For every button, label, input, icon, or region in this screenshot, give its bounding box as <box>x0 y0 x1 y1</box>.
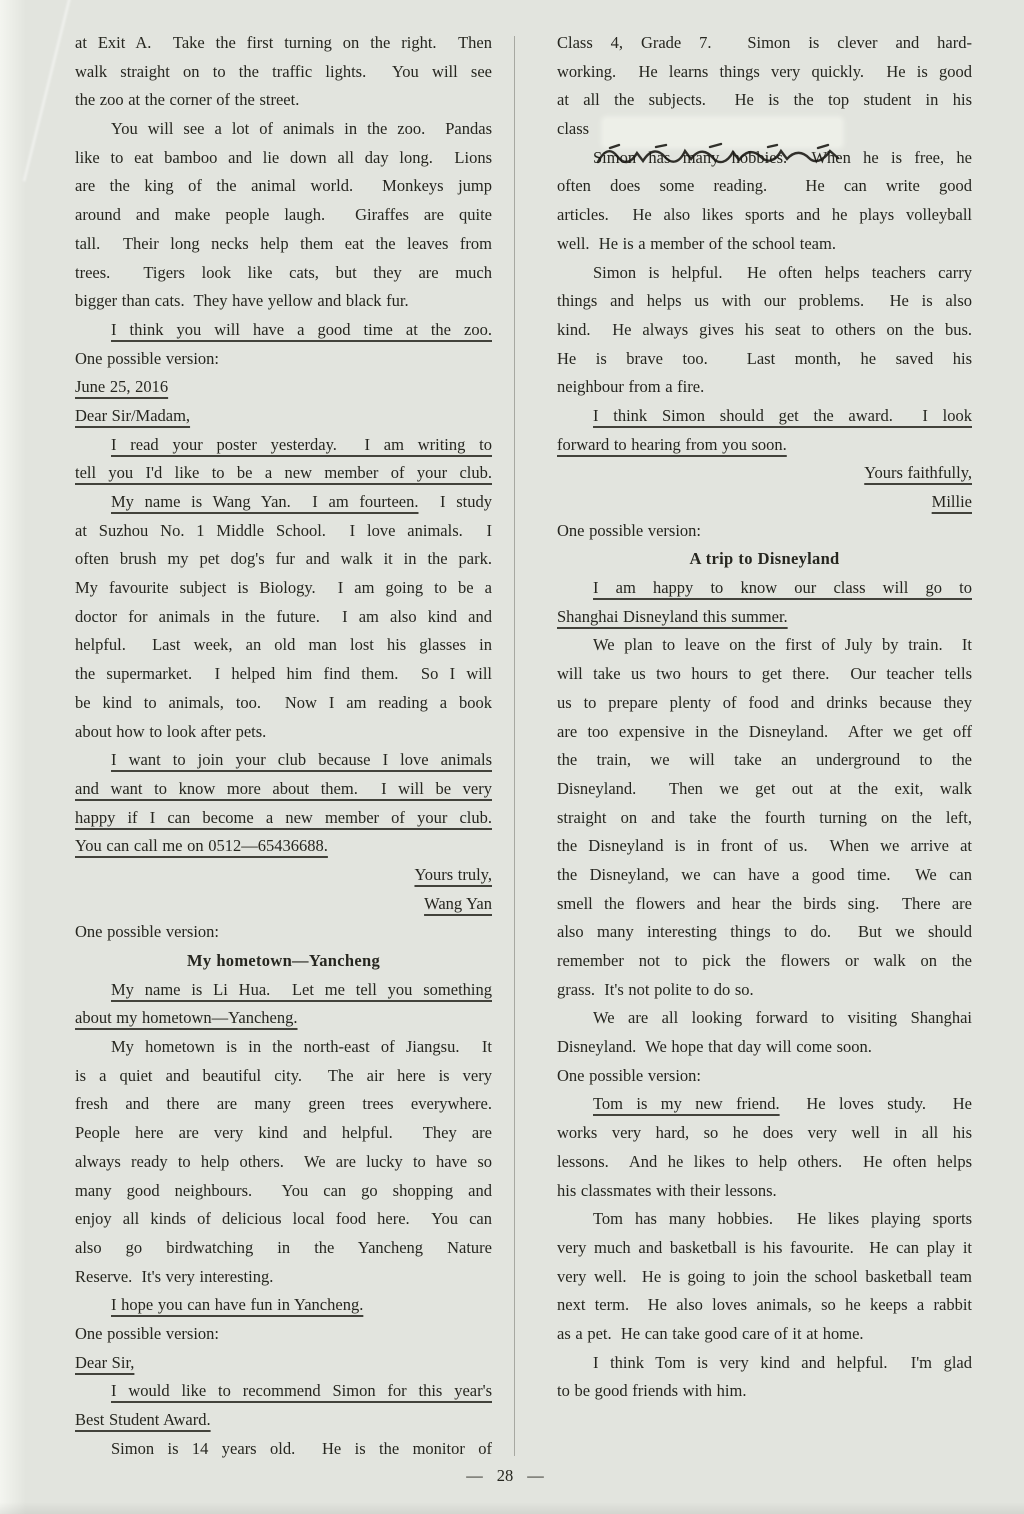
text-line: also go birdwatching in the Yancheng Nat… <box>75 1234 492 1263</box>
text-segment: many good neighbours. You can go shoppin… <box>75 1181 492 1200</box>
text-segment: Disneyland. Then we get out at the exit,… <box>557 779 972 798</box>
underlined-answer-text: My name is Wang Yan. I am fourteen. <box>111 492 419 511</box>
text-line: My hometown is in the north-east of Jian… <box>75 1033 492 1062</box>
text-line: at Suzhou No. 1 Middle School. I love an… <box>75 517 492 546</box>
text-line: be kind to animals, too. Now I am readin… <box>75 689 492 718</box>
text-line: He is brave too. Last month, he saved hi… <box>557 345 972 374</box>
underlined-answer-text: Yours truly, <box>414 865 492 884</box>
text-segment: class <box>557 119 589 138</box>
underlined-answer-text: I am happy to know our class will go to <box>593 578 972 597</box>
text-segment: as a pet. He can take good care of it at… <box>557 1324 864 1343</box>
underlined-answer-text: My name is Li Hua. Let me tell you somet… <box>111 980 492 999</box>
text-segment: very much and basketball is his favourit… <box>557 1238 972 1257</box>
text-line: at all the subjects. He is the top stude… <box>557 86 972 115</box>
text-segment: walk straight on to the traffic lights. … <box>75 62 492 81</box>
text-segment: at all the subjects. He is the top stude… <box>557 90 972 109</box>
text-segment: My hometown is in the north-east of Jian… <box>111 1037 492 1056</box>
text-segment: One possible version: <box>557 1066 701 1085</box>
text-line: happy if I can become a new member of yo… <box>75 804 492 833</box>
underlined-answer-text: I hope you can have fun in Yancheng. <box>111 1295 363 1314</box>
text-line: You can call me on 0512—65436688. <box>75 832 492 861</box>
text-line: We plan to leave on the first of July by… <box>557 631 972 660</box>
underlined-answer-text: happy if I can become a new member of yo… <box>75 808 492 827</box>
text-segment: the train, we will take an underground t… <box>557 750 972 769</box>
text-line: enjoy all kinds of delicious local food … <box>75 1205 492 1234</box>
column-divider-rule <box>514 36 515 1456</box>
text-line: around and make people laugh. Giraffes a… <box>75 201 492 230</box>
text-line: articles. He also likes sports and he pl… <box>557 201 972 230</box>
text-segment: One possible version: <box>557 521 701 540</box>
text-segment: grass. It's not polite to do so. <box>557 980 754 999</box>
text-segment: are too expensive in the Disneyland. Aft… <box>557 722 972 741</box>
text-line: You will see a lot of animals in the zoo… <box>75 115 492 144</box>
text-line: smell the flowers and hear the birds sin… <box>557 890 972 919</box>
text-segment: Simon is helpful. He often helps teacher… <box>593 263 972 282</box>
text-line: I think you will have a good time at the… <box>75 316 492 345</box>
text-segment: will take us two hours to get there. Our… <box>557 664 972 683</box>
text-line: I would like to recommend Simon for this… <box>75 1377 492 1406</box>
text-segment: is a quiet and beautiful city. The air h… <box>75 1066 492 1085</box>
text-segment: tall. Their long necks help them eat the… <box>75 234 492 253</box>
text-segment: straight on and take the fourth turning … <box>557 808 972 827</box>
text-line: his classmates with their lessons. <box>557 1177 972 1206</box>
text-segment: Reserve. It's very interesting. <box>75 1267 273 1286</box>
text-segment: We are all looking forward to visiting S… <box>593 1008 972 1027</box>
text-segment: also many interesting things to do. But … <box>557 922 972 941</box>
text-line: fresh and there are many green trees eve… <box>75 1090 492 1119</box>
underlined-answer-text: tell you I'd like to be a new member of … <box>75 463 492 482</box>
underlined-answer-text: Yours faithfully, <box>864 463 972 482</box>
text-line: the Disneyland, we can have a good time.… <box>557 861 972 890</box>
underlined-answer-text: I would like to recommend Simon for this… <box>111 1381 492 1400</box>
footer-dash-left: — <box>466 1466 483 1485</box>
text-line: Simon is helpful. He often helps teacher… <box>557 259 972 288</box>
text-segment: kind. He always gives his seat to others… <box>557 320 972 339</box>
text-line: the train, we will take an underground t… <box>557 746 972 775</box>
text-line: very much and basketball is his favourit… <box>557 1234 972 1263</box>
text-segment: One possible version: <box>75 1324 219 1343</box>
text-line: I think Tom is very kind and helpful. I'… <box>557 1349 972 1378</box>
text-segment: the Disneyland, we can have a good time.… <box>557 865 972 884</box>
pen-scribble-marks <box>592 141 856 173</box>
text-line: is a quiet and beautiful city. The air h… <box>75 1062 492 1091</box>
essay-title: A trip to Disneyland <box>557 545 972 574</box>
text-line: neighbour from a fire. <box>557 373 972 402</box>
text-line: grass. It's not polite to do so. <box>557 976 972 1005</box>
text-line: Class 4, Grade 7. Simon is clever and ha… <box>557 29 972 58</box>
footer-dash-right: — <box>527 1466 544 1485</box>
left-column: at Exit A. Take the first turning on the… <box>75 29 492 1463</box>
text-line: the supermarket. I helped him find them.… <box>75 660 492 689</box>
right-column: Class 4, Grade 7. Simon is clever and ha… <box>557 29 972 1406</box>
text-line: My name is Wang Yan. I am fourteen. I st… <box>75 488 492 517</box>
text-line: works very hard, so he does very well in… <box>557 1119 972 1148</box>
text-line: Tom is my new friend. He loves study. He <box>557 1090 972 1119</box>
text-line: at Exit A. Take the first turning on the… <box>75 29 492 58</box>
text-line: will take us two hours to get there. Our… <box>557 660 972 689</box>
text-line: Best Student Award. <box>75 1406 492 1435</box>
underlined-answer-text: Dear Sir, <box>75 1353 134 1372</box>
text-line: the Disneyland is in front of us. When w… <box>557 832 972 861</box>
text-line: Shanghai Disneyland this summer. <box>557 603 972 632</box>
text-segment: bigger than cats. They have yellow and b… <box>75 291 409 310</box>
text-line: working. He learns things very quickly. … <box>557 58 972 87</box>
text-line: I am happy to know our class will go to <box>557 574 972 603</box>
underlined-answer-text: I think you will have a good time at the… <box>111 320 492 339</box>
text-line: and want to know more about them. I will… <box>75 775 492 804</box>
text-line: helpful. Last week, an old man lost his … <box>75 631 492 660</box>
text-segment: My hometown—Yancheng <box>187 951 380 970</box>
text-segment: works very hard, so he does very well in… <box>557 1123 972 1142</box>
text-line: many good neighbours. You can go shoppin… <box>75 1177 492 1206</box>
scanned-answer-page: at Exit A. Take the first turning on the… <box>0 0 1024 1514</box>
text-segment: I think Tom is very kind and helpful. I'… <box>593 1353 972 1372</box>
section-heading-line: F.One possible version: <box>557 1062 972 1091</box>
text-segment: around and make people laugh. Giraffes a… <box>75 205 492 224</box>
text-line: Dear Sir/Madam, <box>75 402 492 431</box>
underlined-answer-text: Millie <box>932 492 972 511</box>
text-segment: Simon is 14 years old. He is the monitor… <box>111 1439 492 1458</box>
text-segment: doctor for animals in the future. I am a… <box>75 607 492 626</box>
text-segment: the supermarket. I helped him find them.… <box>75 664 492 683</box>
text-line: Disneyland. Then we get out at the exit,… <box>557 775 972 804</box>
text-segment: things and helps us with our problems. H… <box>557 291 972 310</box>
text-line: trees. Tigers look like cats, but they a… <box>75 259 492 288</box>
page-number: 28 <box>497 1466 514 1485</box>
text-segment: the zoo at the corner of the street. <box>75 90 299 109</box>
text-segment: neighbour from a fire. <box>557 377 704 396</box>
text-line: very well. He is going to join the schoo… <box>557 1263 972 1292</box>
underlined-answer-text: about my hometown—Yancheng. <box>75 1008 298 1027</box>
text-line: My name is Li Hua. Let me tell you somet… <box>75 976 492 1005</box>
text-line: about my hometown—Yancheng. <box>75 1004 492 1033</box>
text-segment: his classmates with their lessons. <box>557 1181 777 1200</box>
underlined-answer-text: Dear Sir/Madam, <box>75 406 190 425</box>
page-edge-highlight <box>0 0 26 1514</box>
text-segment: I study <box>419 492 493 511</box>
text-segment: He loves study. He <box>780 1094 972 1113</box>
text-line: I want to join your club because I love … <box>75 746 492 775</box>
text-segment: like to eat bamboo and lie down all day … <box>75 148 492 167</box>
text-segment: smell the flowers and hear the birds sin… <box>557 894 972 913</box>
text-line: Simon is 14 years old. He is the monitor… <box>75 1435 492 1464</box>
text-line: tall. Their long necks help them eat the… <box>75 230 492 259</box>
text-line: Wang Yan <box>75 890 492 919</box>
text-line: next term. He also loves animals, so he … <box>557 1291 972 1320</box>
text-line: I think Simon should get the award. I lo… <box>557 402 972 431</box>
text-line: Dear Sir, <box>75 1349 492 1378</box>
underlined-answer-text: Best Student Award. <box>75 1410 211 1429</box>
text-line: are the king of the animal world. Monkey… <box>75 172 492 201</box>
text-line: Disneyland. We hope that day will come s… <box>557 1033 972 1062</box>
underlined-answer-text: Wang Yan <box>424 894 492 913</box>
text-line: forward to hearing from you soon. <box>557 431 972 460</box>
text-segment: at Suzhou No. 1 Middle School. I love an… <box>75 521 492 540</box>
text-line: walk straight on to the traffic lights. … <box>75 58 492 87</box>
text-line: often brush my pet dog's fur and walk it… <box>75 545 492 574</box>
underlined-answer-text: Tom is my new friend. <box>593 1094 780 1113</box>
text-segment: My favourite subject is Biology. I am go… <box>75 578 492 597</box>
text-segment: fresh and there are many green trees eve… <box>75 1094 492 1113</box>
text-segment: always ready to help others. We are luck… <box>75 1152 492 1171</box>
section-heading-line: D.One possible version: <box>75 1320 492 1349</box>
text-line: lessons. And he likes to help others. He… <box>557 1148 972 1177</box>
text-segment: next term. He also loves animals, so he … <box>557 1295 972 1314</box>
text-segment: are the king of the animal world. Monkey… <box>75 176 492 195</box>
text-line: Tom has many hobbies. He likes playing s… <box>557 1205 972 1234</box>
text-line: doctor for animals in the future. I am a… <box>75 603 492 632</box>
text-segment: articles. He also likes sports and he pl… <box>557 205 972 224</box>
text-line: are too expensive in the Disneyland. Aft… <box>557 718 972 747</box>
text-segment: well. He is a member of the school team. <box>557 234 836 253</box>
text-line: People here are very kind and helpful. T… <box>75 1119 492 1148</box>
text-line: often does some reading. He can write go… <box>557 172 972 201</box>
text-line: always ready to help others. We are luck… <box>75 1148 492 1177</box>
section-heading-line: C.One possible version: <box>75 918 492 947</box>
paper-crease <box>23 0 71 181</box>
text-segment: us to prepare plenty of food and drinks … <box>557 693 972 712</box>
section-heading-line: E.One possible version: <box>557 517 972 546</box>
text-segment: about how to look after pets. <box>75 722 266 741</box>
text-segment: Tom has many hobbies. He likes playing s… <box>593 1209 972 1228</box>
text-segment: often brush my pet dog's fur and walk it… <box>75 549 492 568</box>
text-line: well. He is a member of the school team. <box>557 230 972 259</box>
underlined-answer-text: I think Simon should get the award. I lo… <box>593 406 972 425</box>
text-line: as a pet. He can take good care of it at… <box>557 1320 972 1349</box>
text-segment: One possible version: <box>75 349 219 368</box>
text-line: us to prepare plenty of food and drinks … <box>557 689 972 718</box>
text-line: I hope you can have fun in Yancheng. <box>75 1291 492 1320</box>
underlined-answer-text: forward to hearing from you soon. <box>557 435 787 454</box>
text-segment: One possible version: <box>75 922 219 941</box>
text-segment: at Exit A. Take the first turning on the… <box>75 33 492 52</box>
text-line: Millie <box>557 488 972 517</box>
text-line: like to eat bamboo and lie down all day … <box>75 144 492 173</box>
text-segment: the Disneyland is in front of us. When w… <box>557 836 972 855</box>
text-line: remember not to pick the flowers or walk… <box>557 947 972 976</box>
text-segment: be kind to animals, too. Now I am readin… <box>75 693 492 712</box>
text-segment: A trip to Disneyland <box>689 549 839 568</box>
text-segment: remember not to pick the flowers or walk… <box>557 951 972 970</box>
text-segment: very well. He is going to join the schoo… <box>557 1267 972 1286</box>
text-segment: helpful. Last week, an old man lost his … <box>75 635 492 654</box>
text-segment: Class 4, Grade 7. Simon is clever and ha… <box>557 33 972 52</box>
text-segment: We plan to leave on the first of July by… <box>593 635 972 654</box>
underlined-answer-text: You can call me on 0512—65436688. <box>75 836 328 855</box>
text-line: Reserve. It's very interesting. <box>75 1263 492 1292</box>
underlined-answer-text: June 25, 2016 <box>75 377 168 396</box>
text-segment: You will see a lot of animals in the zoo… <box>111 119 492 138</box>
text-segment: working. He learns things very quickly. … <box>557 62 972 81</box>
text-segment: to be good friends with him. <box>557 1381 746 1400</box>
section-heading-line: B.One possible version: <box>75 345 492 374</box>
text-line: I read your poster yesterday. I am writi… <box>75 431 492 460</box>
page-footer: —28— <box>0 1462 1010 1490</box>
text-line: things and helps us with our problems. H… <box>557 287 972 316</box>
text-line: Yours truly, <box>75 861 492 890</box>
text-line: also many interesting things to do. But … <box>557 918 972 947</box>
page-bottom-shadow <box>0 1502 1024 1514</box>
underlined-answer-text: and want to know more about them. I will… <box>75 779 492 798</box>
text-segment: Disneyland. We hope that day will come s… <box>557 1037 872 1056</box>
text-line: about how to look after pets. <box>75 718 492 747</box>
text-line: Yours faithfully, <box>557 459 972 488</box>
text-segment: lessons. And he likes to help others. He… <box>557 1152 972 1171</box>
underlined-answer-text: I read your poster yesterday. I am writi… <box>111 435 492 454</box>
text-line: the zoo at the corner of the street. <box>75 86 492 115</box>
text-segment: often does some reading. He can write go… <box>557 176 972 195</box>
underlined-answer-text: I want to join your club because I love … <box>111 750 492 769</box>
text-line: tell you I'd like to be a new member of … <box>75 459 492 488</box>
underlined-answer-text: Shanghai Disneyland this summer. <box>557 607 788 626</box>
text-segment: enjoy all kinds of delicious local food … <box>75 1209 492 1228</box>
essay-title: My hometown—Yancheng <box>75 947 492 976</box>
text-line: June 25, 2016 <box>75 373 492 402</box>
text-line: straight on and take the fourth turning … <box>557 804 972 833</box>
text-segment: also go birdwatching in the Yancheng Nat… <box>75 1238 492 1257</box>
text-line: kind. He always gives his seat to others… <box>557 316 972 345</box>
text-line: to be good friends with him. <box>557 1377 972 1406</box>
text-segment: He is brave too. Last month, he saved hi… <box>557 349 972 368</box>
text-line: My favourite subject is Biology. I am go… <box>75 574 492 603</box>
text-segment: trees. Tigers look like cats, but they a… <box>75 263 492 282</box>
text-line: We are all looking forward to visiting S… <box>557 1004 972 1033</box>
text-line: bigger than cats. They have yellow and b… <box>75 287 492 316</box>
text-segment: People here are very kind and helpful. T… <box>75 1123 492 1142</box>
